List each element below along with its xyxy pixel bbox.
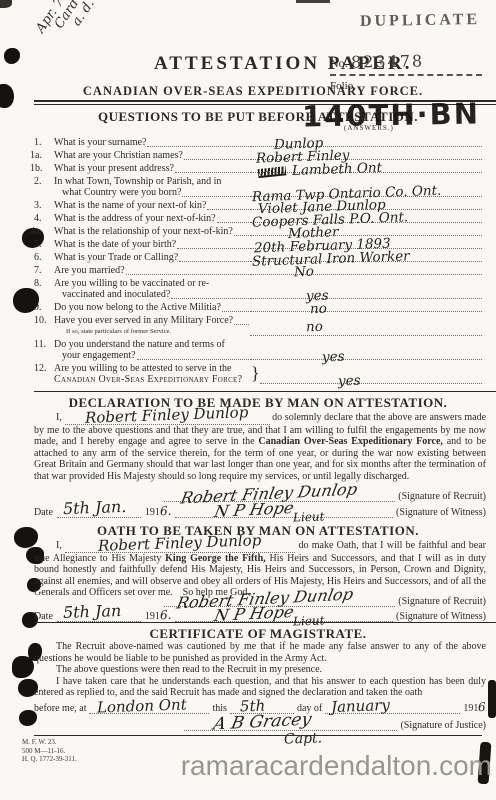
handwritten-name: Robert Finley Dunlop — [85, 407, 249, 424]
witness-signature-line: N P Hope Lieut — [175, 503, 393, 518]
answer-line: Mother — [250, 226, 482, 236]
section-rule — [34, 622, 496, 623]
question-row-9: 9. Do you now belong to the Active Milit… — [34, 302, 482, 313]
justice-signature-row: A B Gracey (Signature of Justice) — [34, 716, 486, 731]
handwritten-year-digit: 6. — [160, 608, 172, 622]
question-row-12: 12. Are you willing to be attested to se… — [34, 363, 482, 385]
question-row-1b: 1b. What is your present address? Lambet… — [34, 163, 482, 174]
answer-line: Robert Finley — [250, 150, 482, 160]
question-row-5: 5. What is the date of your birth? 20th … — [34, 239, 482, 250]
answer-line: yes — [250, 278, 482, 299]
question-row-4: 4. What is the address of your next-of-k… — [34, 213, 482, 224]
handwritten-answer: yes — [322, 352, 345, 364]
bottom-rule — [34, 735, 482, 736]
scan-edge-mark — [488, 680, 496, 718]
handwritten-month: January — [331, 696, 390, 716]
serial-number: 823478 — [351, 51, 424, 71]
question-row-1a: 1a. What are your Christian names? Rober… — [34, 150, 482, 161]
month-line: January — [325, 699, 460, 714]
certificate-paragraphs: The Recruit above-named was cautioned by… — [34, 641, 486, 699]
scan-top-mark — [296, 0, 330, 3]
answer-line: Coopers Falls P.O. Ont. — [250, 213, 482, 223]
answer-line: Lambeth Ont — [250, 163, 482, 173]
oath-date-row: Date 5th Jan 1916. N P Hope Lieut (Signa… — [34, 607, 486, 622]
answer-line: yes — [260, 363, 482, 384]
battalion-stamp: 140TH·BN — [302, 96, 481, 133]
answer-line: Dunlop — [250, 137, 482, 147]
question-row-8: 8. Are you willing to be vaccinated or r… — [34, 278, 482, 300]
date-line: 5th Jan. — [57, 503, 141, 518]
handwritten-date: 5th Jan. — [63, 497, 127, 518]
witness-signature: N P Hope — [213, 498, 296, 521]
signature-line: A B Gracey — [184, 716, 397, 731]
ink-blob — [0, 84, 14, 108]
handwritten-place: London Ont — [97, 695, 187, 716]
number-label: No. — [330, 56, 348, 70]
answer-line: No — [250, 265, 482, 275]
declaration-paragraph: I, Robert Finley Dunlop do solemnly decl… — [34, 410, 486, 482]
questions-list: 1. What is your surname? Dunlop 1a. What… — [34, 137, 482, 387]
answer-line: no — [250, 302, 482, 312]
handwritten-answer: no — [306, 322, 323, 334]
handwritten-name: Robert Finley Dunlop — [98, 535, 262, 552]
handwritten-filing-note: Apr. 7. 1916 Card a. d. — [34, 0, 111, 50]
handwritten-date: 5th Jan — [63, 601, 122, 622]
declaration-name-line: Robert Finley Dunlop — [65, 410, 270, 425]
date-line: 5th Jan — [57, 607, 141, 622]
website-watermark: ramaracardendalton.com — [181, 750, 492, 782]
question-row-10: 10. Have you ever served in any Military… — [34, 315, 482, 337]
scan-corner-mark — [0, 0, 12, 8]
certificate-heading: CERTIFICATE OF MAGISTRATE. — [34, 626, 482, 642]
answer-line: no — [250, 315, 482, 336]
question-row-2: 2. In what Town, Township or Parish, and… — [34, 176, 482, 198]
declaration-date-row: Date 5th Jan. 1916. N P Hope Lieut (Sign… — [34, 503, 486, 518]
witness-signature-line: N P Hope Lieut — [175, 607, 393, 622]
form-print-code: M. F. W. 23. 500 M—11-16. H. Q. 1772-39-… — [22, 738, 77, 764]
handwritten-answer: yes — [337, 376, 360, 388]
handwritten-answer: No — [294, 267, 314, 279]
section-rule — [34, 391, 496, 392]
justice-rank: Capt. — [284, 730, 323, 747]
answer-line: Structural Iron Worker — [250, 252, 482, 262]
answer-line: Violet Jane Dunlop — [250, 200, 482, 210]
handwritten-answer: no — [310, 304, 327, 316]
question-row-11: 11. Do you understand the nature and ter… — [34, 339, 482, 361]
duplicate-stamp: DUPLICATE — [360, 11, 480, 31]
handwritten-year-digit: 6. — [160, 504, 172, 518]
question-row-4a: 4a. What is the relationship of your nex… — [34, 226, 482, 237]
question-row-6: 6. What is your Trade or Calling? Struct… — [34, 252, 482, 263]
oath-name-line: Robert Finley Dunlop — [65, 538, 295, 553]
attestation-paper-scan: Apr. 7. 1916 Card a. d. DUPLICATE ATTEST… — [0, 0, 496, 800]
answer-line: Rama Twp Ontario Co. Ont. — [250, 176, 482, 197]
place-line: London Ont — [89, 699, 209, 714]
number-underline — [330, 74, 482, 76]
question-row-1: 1. What is your surname? Dunlop — [34, 137, 482, 148]
handwritten-year-digit: 6 — [478, 700, 486, 714]
question-row-7: 7. Are you married? No — [34, 265, 482, 276]
form-brace: } — [251, 363, 260, 385]
ink-blob — [4, 48, 20, 64]
answer-line: 20th February 1893 — [250, 239, 482, 249]
ink-blob — [12, 656, 34, 678]
question-row-3: 3. What is the name of your next-of kin?… — [34, 200, 482, 211]
answer-line: yes — [250, 339, 482, 360]
